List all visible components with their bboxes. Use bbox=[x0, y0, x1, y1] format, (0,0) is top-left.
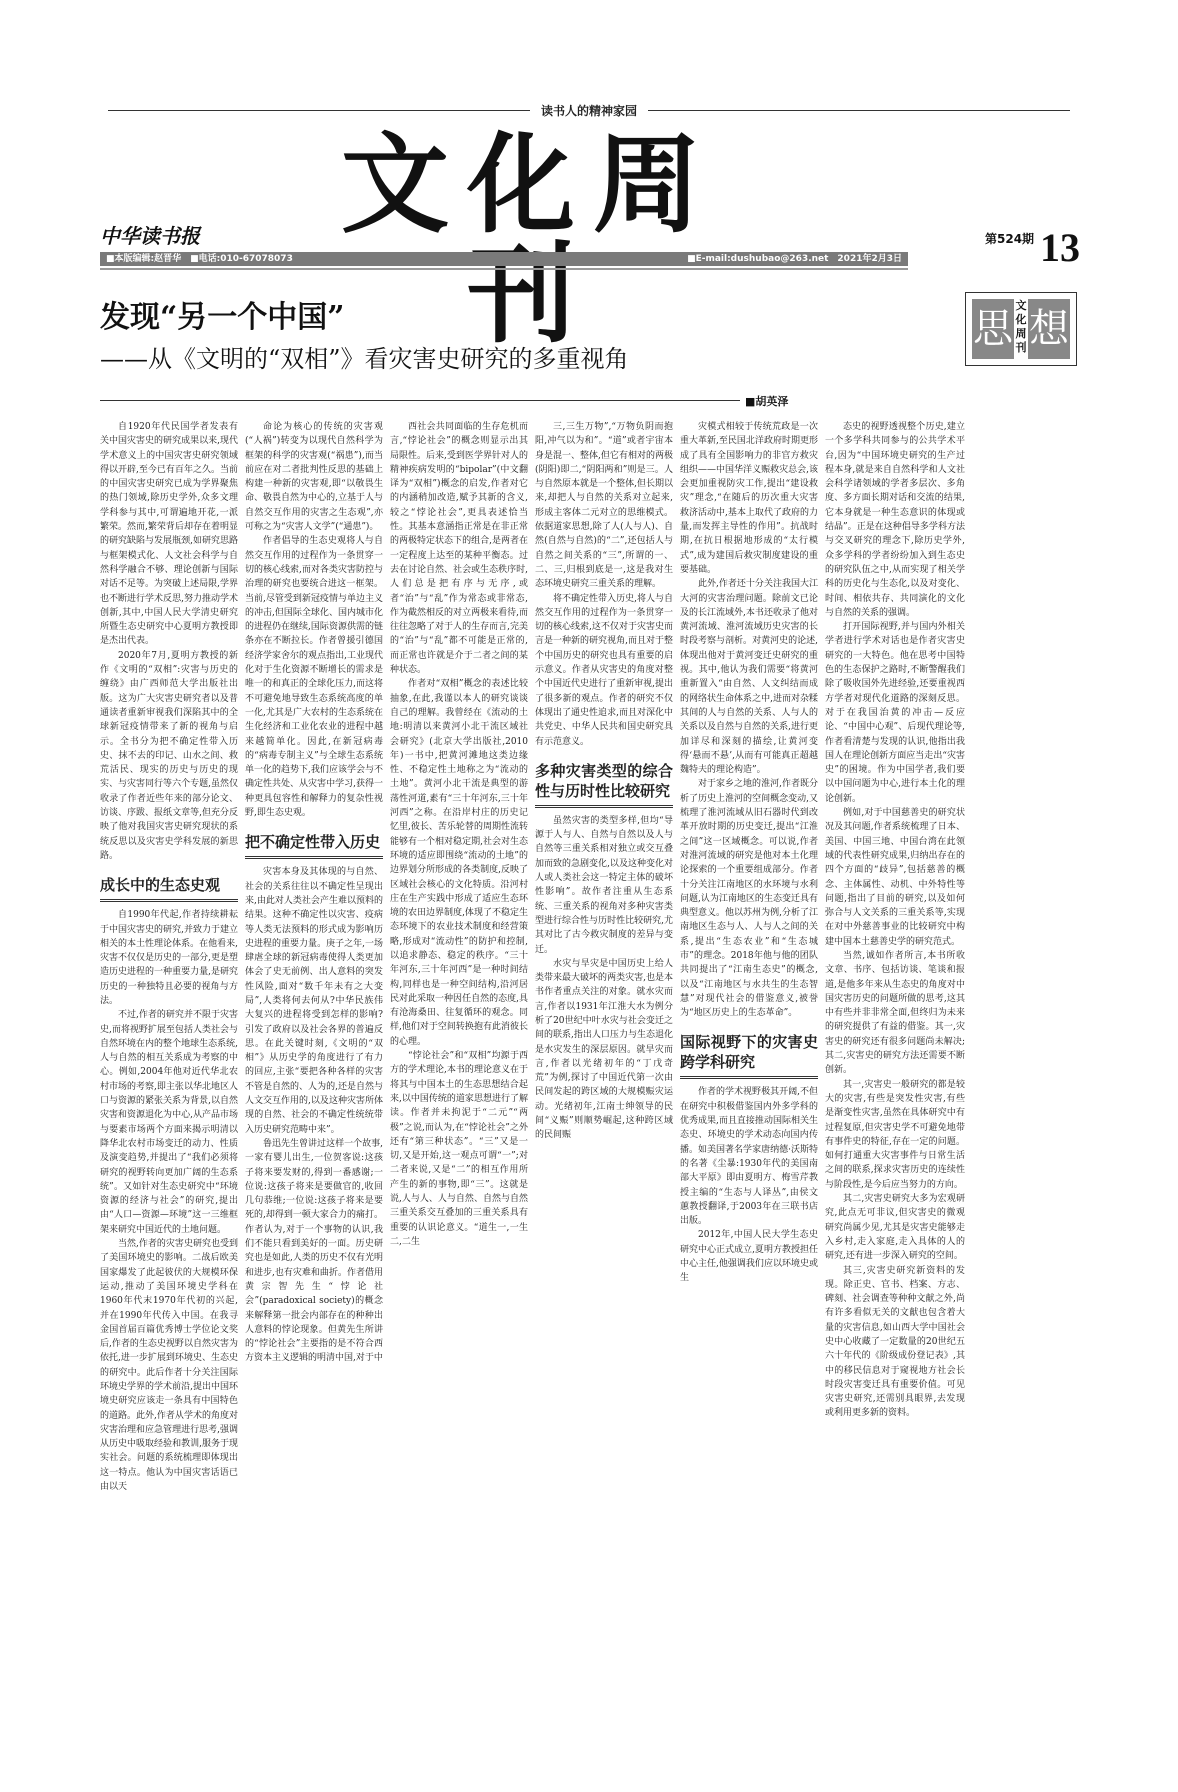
paragraph: “悖论社会”和“双相”均源于西方的学术理论,本书的理论意义在于将其与中国本土的生… bbox=[390, 1049, 528, 1249]
paragraph: 例如,对于中国慈善史的研究状况及其问题,作者系统梳理了日本、美国、中国三地、中国… bbox=[825, 806, 965, 949]
paragraph: 灾害本身及其体现的与自然、社会的关系往往以不确定性呈现出来,由此对人类社会产生难… bbox=[245, 865, 383, 1137]
editor-phone: ■本版编辑:赵晋华 ■电话:010-67078073 bbox=[106, 252, 293, 266]
column-4: 三,三生万物”,“万物负阴而抱阳,冲气以为和”。“道”或者宇宙本身是混一、整体,… bbox=[535, 420, 673, 1660]
byline: ■胡英泽 bbox=[745, 393, 788, 409]
issue-number: 第524期 bbox=[985, 230, 1034, 247]
column-6: 态史的视野透视整个历史,建立一个多学科共同参与的公共学术平台,因为“中国环境史研… bbox=[825, 420, 965, 1660]
paragraph: 作者对“双相”概念的表述比较抽象,在此,我谨以本人的研究谈谈自己的理解。我曾经在… bbox=[390, 677, 528, 1049]
paragraph: 命论为核心的传统的灾害观(“人祸”)转变为以现代自然科学为框架的科学的灾害观(“… bbox=[245, 420, 383, 534]
paragraph: 此外,作者还十分关注我国大江大河的灾害治理问题。除前文已论及的长江流域外,本书还… bbox=[680, 577, 818, 777]
column-1: 自1920年代民国学者发表有关中国灾害史的研究成果以来,现代学术意义上的中国灾害… bbox=[100, 420, 238, 1660]
section-heading: 成长中的生态史观 bbox=[100, 875, 238, 902]
paragraph: 其一,灾害史一般研究的都是较大的灾害,有些是突发性灾害,有些是渐变性灾害,虽然在… bbox=[825, 1078, 965, 1192]
paragraph: 西社会共同面临的生存危机而言,“悖论社会”的概念则显示出其局限性。后来,受到医学… bbox=[390, 420, 528, 677]
paragraph: 当然,作者的灾害史研究也受到了美国环境史的影响。二战后欧美国家爆发了此起彼伏的大… bbox=[100, 1237, 238, 1494]
paragraph: 鲁迅先生曾讲过这样一个故事,一家有婴儿出生,一位贺客说:这孩子将来要发财的,得到… bbox=[245, 1137, 383, 1366]
logo-char-left: 思 bbox=[972, 299, 1014, 359]
section-logo: 思 文化周刊 想 bbox=[965, 292, 1077, 366]
logo-middle-text: 文化周刊 bbox=[1014, 299, 1028, 355]
column-3: 西社会共同面临的生存危机而言,“悖论社会”的概念则显示出其局限性。后来,受到医学… bbox=[390, 420, 528, 1660]
section-heading: 把不确定性带入历史 bbox=[245, 832, 383, 859]
paragraph: 其三,灾害史研究新资料的发现。除正史、官书、档案、方志、碑刻、社会调查等种种文献… bbox=[825, 1264, 965, 1421]
masthead-title: 文化周刊 bbox=[320, 130, 740, 350]
logo-char-right: 想 bbox=[1028, 299, 1070, 359]
paragraph: 其二,灾害史研究大多为宏观研究,此点无可非议,但灾害史的微观研究尚属少见,尤其是… bbox=[825, 1192, 965, 1263]
column-5: 灾模式相较于传统荒政是一次重大革新,至民国北洋政府时期更形成了具有全国影响力的非… bbox=[680, 420, 818, 1660]
paragraph: 水灾与旱灾是中国历史上给人类带来最大破坏的两类灾害,也是本书作者重点关注的对象。… bbox=[535, 957, 673, 1143]
paragraph: 将不确定性带入历史,将人与自然交互作用的过程作为一条贯穿一切的核心线索,这不仅对… bbox=[535, 592, 673, 749]
info-bar: ■本版编辑:赵晋华 ■电话:010-67078073 ■E-mail:dushu… bbox=[100, 252, 908, 266]
email-date: ■E-mail:dushubao@263.net 2021年2月3日 bbox=[687, 252, 902, 266]
paragraph: 对于家乡之地的淮河,作者既分析了历史上淮河的空间概念变动,又梳理了淮河流域从旧石… bbox=[680, 777, 818, 1020]
section-heading: 国际视野下的灾害史跨学科研究 bbox=[680, 1032, 818, 1079]
paragraph: 灾模式相较于传统荒政是一次重大革新,至民国北洋政府时期更形成了具有全国影响力的非… bbox=[680, 420, 818, 577]
paragraph: 自1990年代起,作者持续耕耘于中国灾害史的研究,并致力于建立相关的本土性理论体… bbox=[100, 908, 238, 1008]
article-subtitle: ——从《文明的“双相”》看灾害史研究的多重视角 bbox=[100, 344, 629, 374]
paragraph: 三,三生万物”,“万物负阴而抱阳,冲气以为和”。“道”或者宇宙本身是混一、整体,… bbox=[535, 420, 673, 592]
paragraph: 自1920年代民国学者发表有关中国灾害史的研究成果以来,现代学术意义上的中国灾害… bbox=[100, 420, 238, 649]
paragraph: 虽然灾害的类型多样,但均“导源于人与人、自然与自然以及人与自然等三重关系相对独立… bbox=[535, 814, 673, 957]
slogan: 读书人的精神家园 bbox=[0, 102, 1178, 119]
paragraph: 不过,作者的研究并不限于灾害史,而将视野扩展至包括人类社会与自然环境在内的整个地… bbox=[100, 1008, 238, 1237]
paragraph: 态史的视野透视整个历史,建立一个多学科共同参与的公共学术平台,因为“中国环境史研… bbox=[825, 420, 965, 620]
paragraph: 打开国际视野,并与国内外相关学者进行学术对话也是作者灾害史研究的一大特色。他在思… bbox=[825, 620, 965, 806]
byline-rule bbox=[100, 400, 740, 401]
article-title: 发现“另一个中国” bbox=[100, 300, 345, 336]
info-bar-rule bbox=[100, 268, 908, 270]
page-number: 13 bbox=[1040, 228, 1080, 268]
paragraph: 2020年7月,夏明方教授的新作《文明的“双相”:灾害与历史的缠绕》由广西师范大… bbox=[100, 649, 238, 863]
column-2: 命论为核心的传统的灾害观(“人祸”)转变为以现代自然科学为框架的科学的灾害观(“… bbox=[245, 420, 383, 1660]
paragraph: 作者的学术视野极其开阔,不但在研究中积极借鉴国内外多学科的优秀成果,而且直接推动… bbox=[680, 1085, 818, 1228]
paragraph: 当然,诚如作者所言,本书所收文章、书序、包括访谈、笔谈和报道,是他多年来从生态史… bbox=[825, 949, 965, 1078]
section-heading: 多种灾害类型的综合性与历时性比较研究 bbox=[535, 761, 673, 808]
newspaper-logo: 中华读书报 bbox=[100, 220, 200, 249]
paragraph: 作者倡导的生态史观将人与自然交互作用的过程作为一条贯穿一切的核心线索,而对各类灾… bbox=[245, 534, 383, 820]
paragraph: 2012年,中国人民大学生态史研究中心正式成立,夏明方教授担任中心主任,他强调我… bbox=[680, 1228, 818, 1285]
